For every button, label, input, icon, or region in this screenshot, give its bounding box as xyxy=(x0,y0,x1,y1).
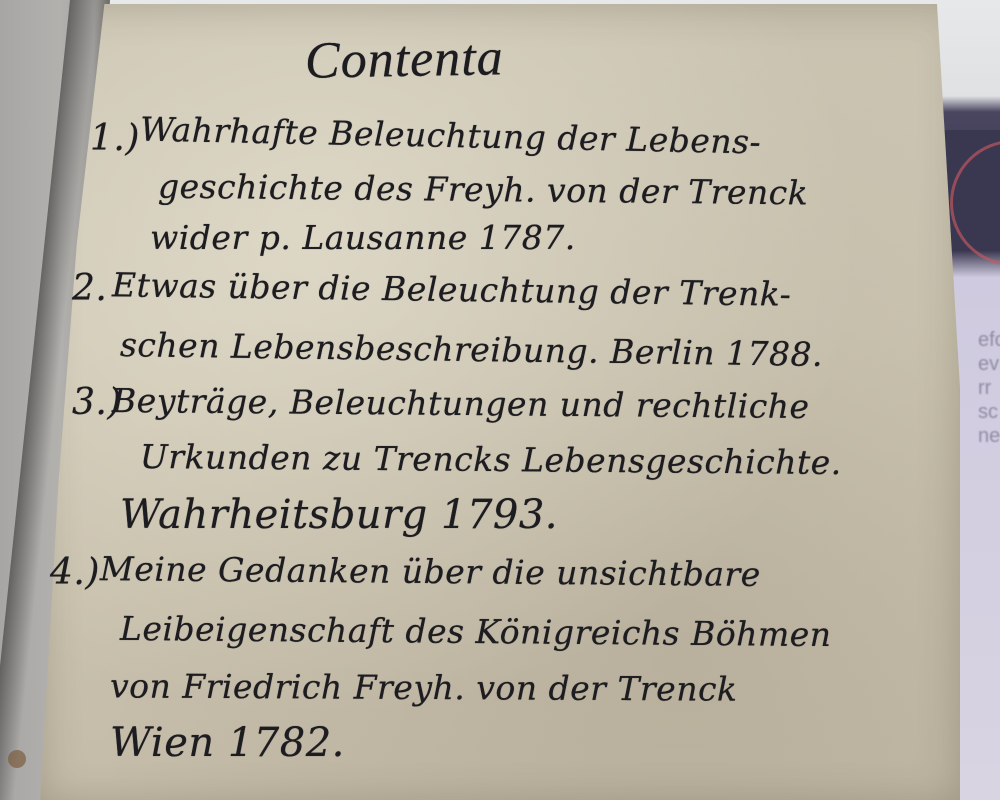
entry-line: Leibeigenschaft des Königreichs Böhmen xyxy=(120,609,832,654)
page-title: Contenta xyxy=(305,28,505,90)
entry-number: 4.) xyxy=(50,552,100,593)
entry-line: Wahrheitsburg 1793. xyxy=(120,492,558,538)
entry-line: wider p. Lausanne 1787. xyxy=(150,218,576,257)
background-sheet-text: efo ev rr sc ne xyxy=(978,328,1000,448)
entry-line: Beyträge, Beleuchtungen und rechtliche xyxy=(112,381,810,426)
entry-number: 2. xyxy=(72,268,107,309)
entry-line: Wien 1782. xyxy=(110,720,345,766)
entry-line: geschichte des Freyh. von der Trenck xyxy=(158,167,809,213)
entry-line: von Friedrich Freyh. von der Trenck xyxy=(110,666,738,708)
ink-stain xyxy=(8,750,26,768)
photo-scene: efo ev rr sc ne Contenta 1.) Wahrhafte B… xyxy=(0,0,1000,800)
entry-line: Urkunden zu Trencks Lebensgeschichte. xyxy=(140,437,842,482)
entry-line: Meine Gedanken über die unsichtbare xyxy=(100,549,761,594)
entry-number: 1.) xyxy=(90,118,140,159)
